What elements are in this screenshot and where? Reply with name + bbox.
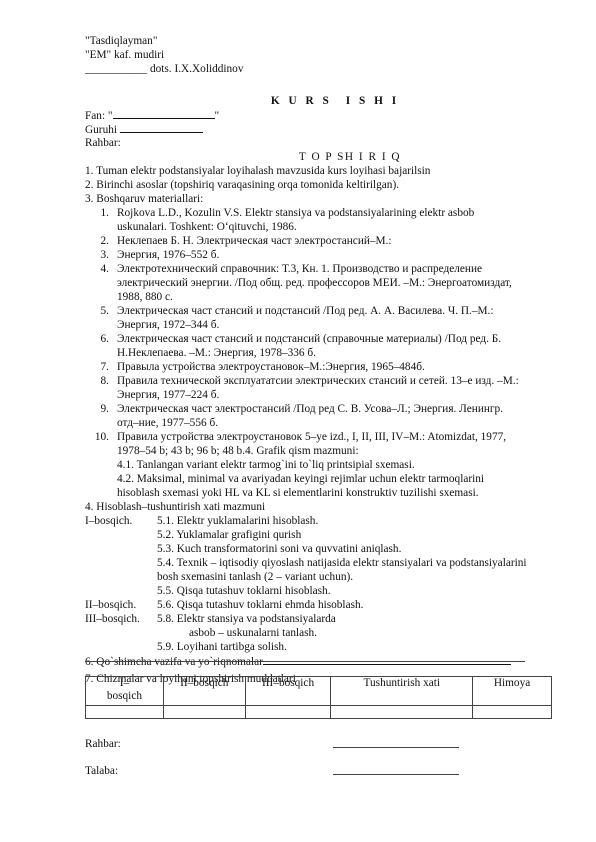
supervisor-signature-label: Rahbar: xyxy=(85,737,121,751)
extra-task-input-line-2[interactable] xyxy=(85,661,525,662)
stage-2-row: II–bosqich.5.6. Qisqa tutashuv toklarni … xyxy=(85,598,555,612)
reference-text: Энергия, 1976–552 б. xyxy=(117,248,555,262)
document-page: "Tasdiqlayman" "EM" kaf. mudiri ________… xyxy=(85,34,555,686)
assignment-title: T O P SH I R I Q xyxy=(85,150,555,164)
reference-text: uskunalari. Toshkent: O‘qituvchi, 1986. xyxy=(117,220,555,234)
task-5-3: 5.3. Kuch transformatorini soni va quvva… xyxy=(157,542,401,556)
group-field: Guruhi xyxy=(85,122,555,136)
signer-name: dots. I.X.Xoliddinov xyxy=(147,63,243,75)
reference-text: Правыла устройства электроустановок–М.:Э… xyxy=(117,360,555,374)
fan-input-line[interactable] xyxy=(113,108,215,119)
title-word-ishi: I S H I xyxy=(346,95,399,107)
graphic-item: 4.1. Tanlangan variant elektr tarmog`ini… xyxy=(85,458,555,472)
reference-item: 6.Электрическая част стансий и подстанси… xyxy=(85,332,555,360)
approval-department: "EM" kaf. mudiri xyxy=(85,48,555,62)
reference-text: Н.Неклепаева. –М.: Энергия, 1978–336 б. xyxy=(117,346,555,360)
col-stage-1: I– bosqich xyxy=(86,677,164,706)
reference-text: отд–ние, 1977–556 б. xyxy=(117,416,555,430)
reference-item: 8.Правила технической эксплуататсии элек… xyxy=(85,374,555,402)
stage-2-label: II–bosqich. xyxy=(85,598,136,612)
stage-row: 5.5. Qisqa tutashuv toklarni hisoblash. xyxy=(85,584,555,598)
deadlines-table: I– bosqich II–bosqich III–bosqich Tushun… xyxy=(85,676,552,719)
stage-row: 5.2. Yuklamalar grafigini qurish xyxy=(85,528,555,542)
stage-3-label: III–bosqich. xyxy=(85,612,140,626)
supervisor-signature-line[interactable] xyxy=(333,747,459,748)
stage-row: bosh sxemasini tanlash (2 – variant uchu… xyxy=(85,570,555,584)
calc-heading: 4. Hisoblash–tushuntirish xati mazmuni xyxy=(85,500,555,514)
cell-stage-1-date[interactable] xyxy=(86,706,164,719)
reference-number: 4. xyxy=(85,262,109,276)
reference-text: Правила устройства электроустановок 5–ye… xyxy=(117,430,555,444)
reference-item: 9.Электрическая част электростансий /Под… xyxy=(85,402,555,430)
task-5-9: 5.9. Loyihani tartibga solish. xyxy=(157,640,287,654)
graphic-item: 4.2. Maksimal, minimal va avariyadan key… xyxy=(85,472,555,486)
reference-number: 2. xyxy=(85,234,109,248)
reference-number: 7. xyxy=(85,360,109,374)
signature-blank: ___________ xyxy=(85,63,147,75)
supervisor-field: Rahbar: xyxy=(85,136,555,150)
student-signature-label: Talaba: xyxy=(85,764,118,778)
task-5-5: 5.5. Qisqa tutashuv toklarni hisoblash. xyxy=(157,584,331,598)
reference-text: Электрическая част электростансий /Под р… xyxy=(117,402,555,416)
reference-list: 1.Rojkova L.D., Kozulin V.S. Elektr stan… xyxy=(85,206,555,458)
item-3: 3. Boshqaruv materiallari: xyxy=(85,192,555,206)
task-5-1: 5.1. Elektr yuklamalarini hisoblash. xyxy=(157,514,318,528)
fan-field: Fan: "" xyxy=(85,108,555,122)
cell-stage-3-date[interactable] xyxy=(245,706,331,719)
reference-text: электрический энергии. /Под общ. ред. пр… xyxy=(117,276,555,290)
reference-number: 1. xyxy=(85,206,109,220)
item-2: 2. Birinchi asoslar (topshiriq varaqasin… xyxy=(85,178,555,192)
item-1: 1. Tuman elektr podstansiyalar loyihalas… xyxy=(85,164,555,178)
col-stage-1-label: I– bosqich xyxy=(107,677,142,702)
task-5-8: 5.8. Elektr stansiya va podstansiyalarda xyxy=(157,612,336,626)
reference-item: 5.Электрическая част стансий и подстанси… xyxy=(85,304,555,332)
graphic-item: hisoblash sxemasi yoki HL va KL si eleme… xyxy=(85,486,555,500)
student-signature-line[interactable] xyxy=(333,774,459,775)
task-5-4: 5.4. Texnik – iqtisodiy qiyoslash natija… xyxy=(157,556,527,570)
task-5-6: 5.6. Qisqa tutashuv toklarni ehmda hisob… xyxy=(157,598,363,612)
reference-text: Неклепаев Б. Н. Электрическая част элект… xyxy=(117,234,555,248)
approval-line: "Tasdiqlayman" xyxy=(85,34,555,48)
group-label: Guruhi xyxy=(85,124,120,136)
fan-close-quote: " xyxy=(215,110,220,122)
reference-text: Rojkova L.D., Kozulin V.S. Elektr stansi… xyxy=(117,206,555,220)
reference-item: 7.Правыла устройства электроустановок–М.… xyxy=(85,360,555,374)
reference-item: 3.Энергия, 1976–552 б. xyxy=(85,248,555,262)
approval-signer: ___________ dots. I.X.Xoliddinov xyxy=(85,62,555,76)
group-input-line[interactable] xyxy=(120,122,203,133)
col-stage-2: II–bosqich xyxy=(163,677,245,706)
cell-stage-2-date[interactable] xyxy=(163,706,245,719)
stage-row: 5.3. Kuch transformatorini soni va quvva… xyxy=(85,542,555,556)
reference-text: Электрическая част стансий и подстансий … xyxy=(117,332,555,346)
stage-1-label: I–bosqich. xyxy=(85,514,132,528)
fan-label: Fan: " xyxy=(85,110,113,122)
reference-number: 9. xyxy=(85,402,109,416)
reference-number: 8. xyxy=(85,374,109,388)
table-row xyxy=(86,706,552,719)
col-stage-3: III–bosqich xyxy=(245,677,331,706)
cell-defense-date[interactable] xyxy=(473,706,552,719)
reference-item: 2.Неклепаев Б. Н. Электрическая част эле… xyxy=(85,234,555,248)
extra-task-input-line[interactable] xyxy=(263,654,511,665)
stage-1-row: I–bosqich.5.1. Elektr yuklamalarini hiso… xyxy=(85,514,555,528)
reference-item: 4.Электротехнический справочник: Т.3, Кн… xyxy=(85,262,555,304)
task-5-4-cont: bosh sxemasini tanlash (2 – variant uchu… xyxy=(157,570,353,584)
stage-row: asbob – uskunalarni tanlash. xyxy=(85,626,555,640)
stage-row: 5.4. Texnik – iqtisodiy qiyoslash natija… xyxy=(85,556,555,570)
stage-row: 5.9. Loyihani tartibga solish. xyxy=(85,640,555,654)
task-5-8-cont: asbob – uskunalarni tanlash. xyxy=(189,626,317,640)
reference-text: Электрическая част стансий и подстансий … xyxy=(117,304,555,318)
task-5-2: 5.2. Yuklamalar grafigini qurish xyxy=(157,528,301,542)
col-explanatory-note: Tushuntirish xati xyxy=(331,677,473,706)
document-title: K U R SI S H I xyxy=(85,94,555,108)
reference-text: Электротехнический справочник: Т.3, Кн. … xyxy=(117,262,555,276)
reference-number: 3. xyxy=(85,248,109,262)
reference-item: 1.Rojkova L.D., Kozulin V.S. Elektr stan… xyxy=(85,206,555,234)
reference-number: 6. xyxy=(85,332,109,346)
reference-text: Правила технической эксплуататсии электр… xyxy=(117,374,555,388)
extra-task-label: 6. Qo`shimcha vazifa va yo`riqnomalar xyxy=(85,656,263,668)
col-defense: Himoya xyxy=(473,677,552,706)
reference-number: 10. xyxy=(85,430,109,444)
reference-text: 1978–54 b; 43 b; 96 b; 48 b.4. Grafik qi… xyxy=(117,444,555,458)
reference-text: Энергия, 1972–344 б. xyxy=(117,318,555,332)
title-word-kurs: K U R S xyxy=(271,95,332,107)
reference-text: Энергия, 1977–224 б. xyxy=(117,388,555,402)
table-header-row: I– bosqich II–bosqich III–bosqich Tushun… xyxy=(86,677,552,706)
stage-3-row: III–bosqich.5.8. Elektr stansiya va pods… xyxy=(85,612,555,626)
reference-item: 10.Правила устройства электроустановок 5… xyxy=(85,430,555,458)
reference-number: 5. xyxy=(85,304,109,318)
reference-text: 1988, 880 с. xyxy=(117,290,555,304)
cell-explanatory-note-date[interactable] xyxy=(331,706,473,719)
